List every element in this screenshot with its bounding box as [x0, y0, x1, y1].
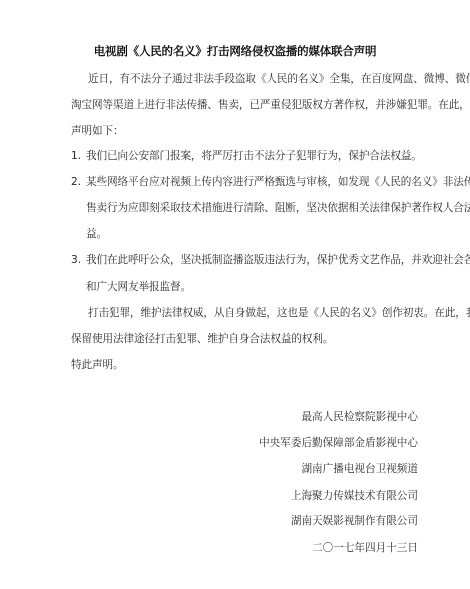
list-item-2-line-2: 售卖行为应即刻采取技术措施进行清除、阻断，坚决依据相关法律保护著作权人合法权 — [86, 201, 470, 215]
document-title: 电视剧《人民的名义》打击网络侵权盗播的媒体联合声明 — [0, 43, 470, 59]
signatory-4: 上海聚力传媒技术有限公司 — [291, 489, 418, 503]
intro-line-3: 声明如下： — [71, 124, 123, 138]
signatory-2: 中央军委后勤保障部金盾影视中心 — [259, 436, 418, 450]
list-item-2-line-3: 益。 — [86, 227, 107, 241]
list-item-2-line-1: 某些网络平台应对视频上传内容进行严格甄选与审核，如发现《人民的名义》非法传播、 — [86, 175, 470, 189]
list-number-1: 1. — [71, 149, 81, 163]
list-item-3-line-2: 和广大网友举报监督。 — [86, 280, 191, 294]
intro-line-2: 淘宝网等渠道上进行非法传播、售卖，已严重侵犯版权方著作权，并涉嫌犯罪。在此，严正 — [71, 98, 470, 112]
closing-line-1: 打击犯罪，维护法律权威，从自身做起，这也是《人民的名义》创作初衷。在此，我们 — [88, 306, 470, 320]
final-statement: 特此声明。 — [71, 358, 123, 372]
list-number-2: 2. — [71, 175, 81, 189]
document-page: 电视剧《人民的名义》打击网络侵权盗播的媒体联合声明 近日，有不法分子通过非法手段… — [0, 0, 470, 589]
signatory-3: 湖南广播电视台卫视频道 — [301, 462, 418, 476]
signatory-5: 湖南天娱影视制作有限公司 — [291, 514, 418, 528]
list-item-1-line-1: 我们已向公安部门报案，将严厉打击不法分子犯罪行为，保护合法权益。 — [86, 149, 422, 163]
list-item-3-line-1: 我们在此呼吁公众，坚决抵制盗播盗版违法行为，保护优秀文艺作品，并欢迎社会各界 — [86, 253, 470, 267]
document-date: 二〇一七年四月十三日 — [312, 541, 418, 555]
signatory-1: 最高人民检察院影视中心 — [301, 410, 418, 424]
intro-line-1: 近日，有不法分子通过非法手段盗取《人民的名义》全集，在百度网盘、微博、微信、 — [88, 72, 470, 86]
list-number-3: 3. — [71, 253, 81, 267]
closing-line-2: 保留使用法律途径打击犯罪、维护自身合法权益的权利。 — [71, 332, 333, 346]
